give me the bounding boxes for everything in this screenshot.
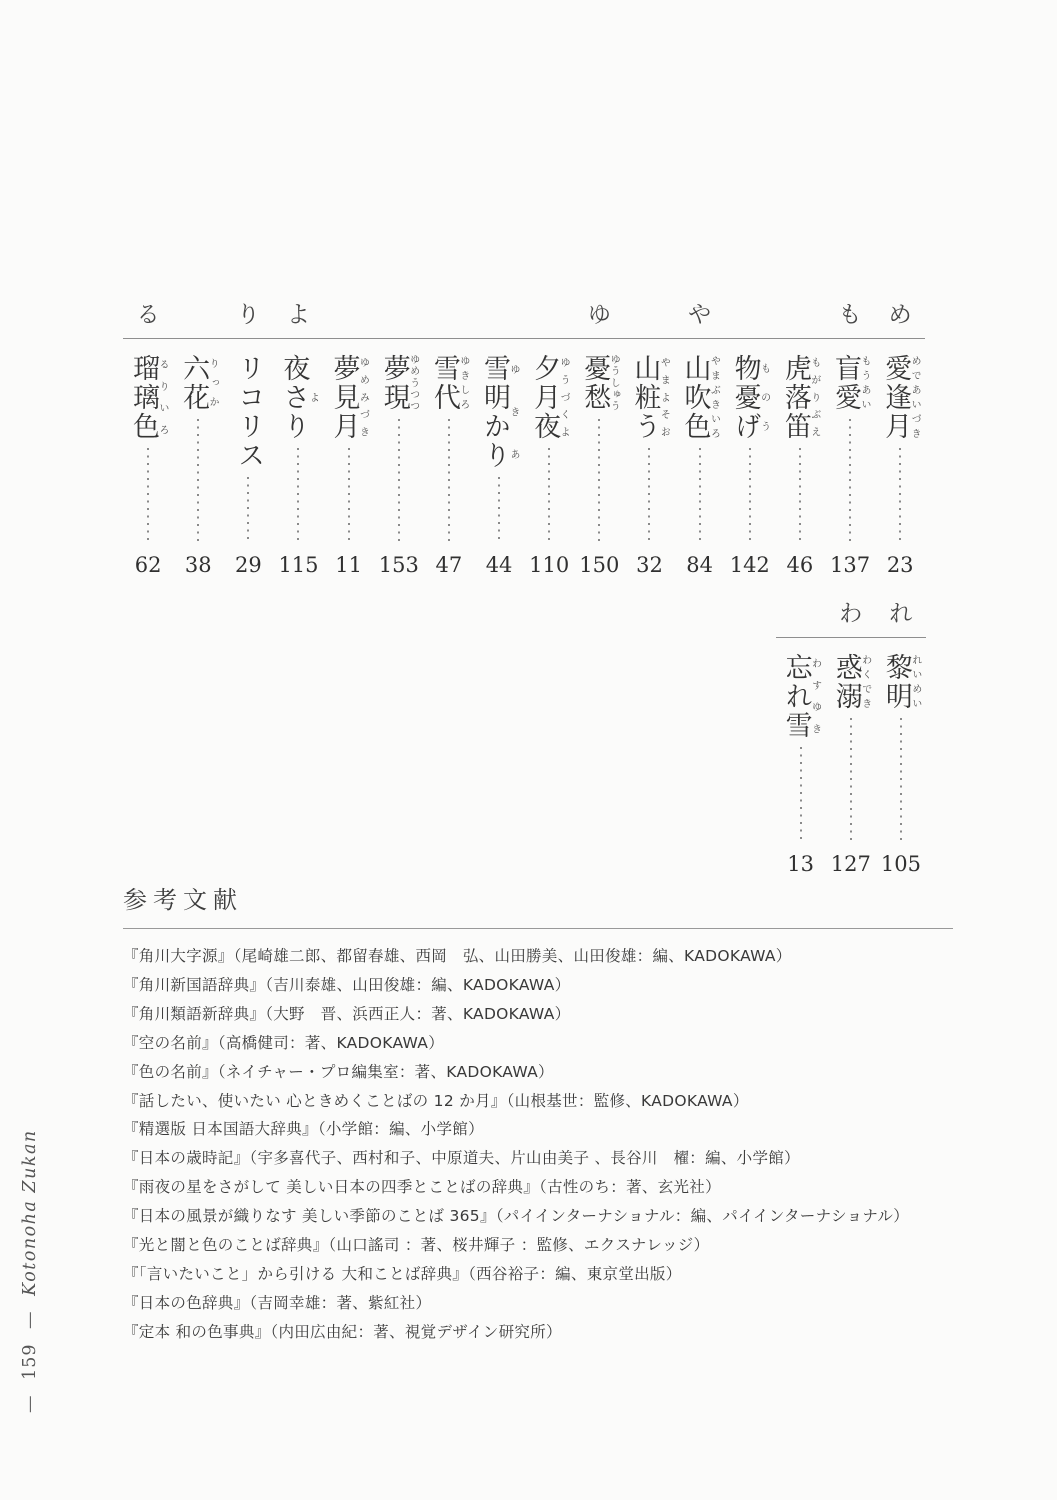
entry-reading: やまよそお [658,354,669,441]
dotted-leader [297,448,299,541]
kana-section-header: も [825,293,875,339]
reference-item: 『日本の風景が織りなす 美しい季節のことば 365』（パイインターナショナル：編… [123,1202,953,1231]
entry-page-number: 142 [730,555,770,576]
kana-section-header [424,293,474,339]
entry-word: 夕月夜ゆうづくよ [530,354,569,441]
reference-item: 『精選版 日本国語大辞典』（小学館：編、小学館） [123,1115,953,1144]
entry-word: 雪代ゆきしろ [429,354,468,412]
reference-item: 『角川新国語辞典』（吉川泰雄、山田俊雄：編、KADOKAWA） [123,971,953,1000]
entry-page-number: 11 [335,555,362,576]
entry-reading: めであいづき [909,354,920,441]
references-heading: 参考文献 [123,880,953,915]
entry-body: 惑溺わくでき [826,638,876,847]
references-section: 参考文献 『角川大字源』（尾崎雄二郎、都留春雄、西岡 弘、山田勝美、山田俊雄：編… [123,880,953,1347]
entry-body: 六花りっか [173,339,223,548]
entry-reading: わすゆき [810,653,821,740]
entry-reading: るりいろ [157,354,168,441]
index-entry: 虎落笛もがりぶえ 46 [775,293,825,576]
dotted-leader [849,419,851,541]
entry-page-number: 115 [278,555,318,576]
entry-word: 黎明れいめい [882,653,921,711]
page-footer: — 159 — Kotonoha Zukan [20,1129,40,1421]
entry-page-number: 23 [887,555,914,576]
index-entry: わ 惑溺わくでき 127 [826,602,876,875]
reference-item: 『色の名前』（ネイチャー・プロ編集室：著、KADOKAWA） [123,1058,953,1087]
entry-page-number: 44 [486,555,513,576]
entry-word: 惑溺わくでき [831,653,870,711]
entry-body: 山吹色やまぶきいろ [675,339,725,548]
entry-page-number: 105 [881,854,921,875]
kana-section-header: る [123,293,173,339]
index-entry: る 瑠璃色るりいろ 62 [123,293,173,576]
entry-body: 盲愛もうあい [825,339,875,548]
reference-item: 『角川類語新辞典』（大野 晋、浜西正人：著、KADOKAWA） [123,1000,953,1029]
entry-word: 虎落笛もがりぶえ [780,354,819,441]
entry-page-number: 84 [686,555,713,576]
entry-word: 六花りっか [179,354,218,412]
index-entry: 雪明かりゆきあ 44 [474,293,524,576]
entry-page-number: 110 [529,555,569,576]
kana-section-header [173,293,223,339]
entry-body: 山粧うやまよそお [624,339,674,548]
references-list: 『角川大字源』（尾崎雄二郎、都留春雄、西岡 弘、山田勝美、山田俊雄：編、KADO… [123,942,953,1347]
kana-section-header: ゆ [574,293,624,339]
index-entry: め 愛逢月めであいづき 23 [875,293,925,576]
reference-item: 『光と闇と色のことば辞典』（山口謠司 ：著、桜井輝子 ：監修、エクスナレッジ） [123,1231,953,1260]
kana-section-header: よ [273,293,323,339]
entry-word: 忘れ雪わすゆき [781,653,820,740]
dotted-leader [648,448,650,541]
index-entry: 物憂げものう 142 [725,293,775,576]
reference-item: 『定本 和の色事典』（内田広由紀：著、視覚デザイン研究所） [123,1318,953,1347]
index-entry: り リコリス 29 [223,293,273,576]
dotted-leader [548,448,550,541]
entry-word: リコリス [234,354,263,470]
entry-reading: ゆめうつつ [408,354,419,412]
entry-word: 山吹色やまぶきいろ [680,354,719,441]
dotted-leader [899,448,901,541]
kana-section-header [374,293,424,339]
entry-body: 憂愁ゆうしゅう [574,339,624,548]
index-entry: 山粧うやまよそお 32 [624,293,674,576]
entry-word: 物憂げものう [730,354,769,441]
dotted-leader [498,477,500,541]
entry-word: 夢現ゆめうつつ [379,354,418,412]
entry-body: 夕月夜ゆうづくよ [524,339,574,548]
kana-section-header [524,293,574,339]
entry-page-number: 127 [831,854,871,875]
references-header: 参考文献 [123,880,953,929]
entry-body: リコリス [223,339,273,548]
entry-body: 雪明かりゆきあ [474,339,524,548]
entry-page-number: 62 [135,555,162,576]
entry-body: 夢現ゆめうつつ [374,339,424,548]
index-entry: や 山吹色やまぶきいろ 84 [675,293,725,576]
divider-mark: — [20,1395,40,1414]
kana-section-header: め [875,293,925,339]
index-block-wa-re: 忘れ雪わすゆき 13 わ 惑溺わくでき 127 れ 黎明れいめい [123,602,926,875]
entry-reading: れいめい [910,653,921,711]
entry-page-number: 47 [436,555,463,576]
dotted-leader [197,419,199,541]
index-entry: 六花りっか 38 [173,293,223,576]
index-entry: 夢現ゆめうつつ 153 [374,293,424,576]
reference-item: 『日本の色辞典』（吉岡幸雄：著、紫紅社） [123,1289,953,1318]
dotted-leader [850,718,852,840]
kana-section-header: れ [876,602,926,638]
index-entry: 雪代ゆきしろ 47 [424,293,474,576]
dotted-leader [247,477,249,541]
index-entry: 夢見月ゆめみづき 11 [324,293,374,576]
entry-reading: ゆうしゅう [608,354,619,412]
word-index: る 瑠璃色るりいろ 62 六花りっか 38 り リコリス [123,293,926,875]
kana-section-header [324,293,374,339]
entry-body: 雪代ゆきしろ [424,339,474,548]
index-entry: 夕月夜ゆうづくよ 110 [524,293,574,576]
entry-reading: よ [307,354,318,441]
dotted-leader [448,419,450,541]
dotted-leader [800,747,802,840]
dotted-leader [699,448,701,541]
kana-section-header [776,602,826,638]
entry-reading: もがりぶえ [809,354,820,441]
entry-reading: りっか [207,354,218,412]
entry-body: 虎落笛もがりぶえ [775,339,825,548]
divider-mark: — [20,1310,40,1329]
reference-item: 『角川大字源』（尾崎雄二郎、都留春雄、西岡 弘、山田勝美、山田俊雄：編、KADO… [123,942,953,971]
kana-section-header [775,293,825,339]
dotted-leader [147,448,149,541]
entry-body: 夜さりよ [273,339,323,548]
reference-item: 『雨夜の星をさがして 美しい日本の四季とことばの辞典』（古性のち：著、玄光社） [123,1173,953,1202]
entry-word: 憂愁ゆうしゅう [580,354,619,412]
entry-word: 夢見月ゆめみづき [329,354,368,441]
entry-page-number: 38 [185,555,212,576]
entry-body: 愛逢月めであいづき [875,339,925,548]
index-entry: れ 黎明れいめい 105 [876,602,926,875]
reference-item: 『「言いたいこと」から引ける 大和ことば辞典』（西谷裕子：編、東京堂出版） [123,1260,953,1289]
dotted-leader [749,448,751,541]
entry-page-number: 46 [787,555,814,576]
book-title: Kotonoha Zukan [20,1129,40,1296]
dotted-leader [799,448,801,541]
dotted-leader [398,419,400,541]
entry-reading: ゆめみづき [358,354,369,441]
entry-page-number: 29 [235,555,262,576]
dotted-leader [900,718,902,840]
entry-body: 瑠璃色るりいろ [123,339,173,548]
entry-word: 盲愛もうあい [831,354,870,412]
entry-reading: わくでき [860,653,871,711]
entry-word: 夜さりよ [279,354,318,441]
reference-item: 『日本の歳時記』（宇多喜代子、西村和子、中原道夫、片山由美子 、長谷川 櫂：編、… [123,1144,953,1173]
reference-item: 『話したい、使いたい 心ときめくことばの 12 か月』（山根基世：監修、KADO… [123,1087,953,1116]
entry-word: 山粧うやまよそお [630,354,669,441]
entry-body: 黎明れいめい [876,638,926,847]
entry-page-number: 137 [830,555,870,576]
index-entry: 忘れ雪わすゆき 13 [776,602,826,875]
kana-section-header: わ [826,602,876,638]
kana-section-header: り [223,293,273,339]
entry-page-number: 153 [379,555,419,576]
entry-reading: ゆうづくよ [558,354,569,441]
page-number: 159 [20,1344,40,1380]
index-entry: ゆ 憂愁ゆうしゅう 150 [574,293,624,576]
entry-page-number: 32 [636,555,663,576]
entry-page-number: 13 [787,854,814,875]
kana-section-header [725,293,775,339]
entry-page-number: 150 [579,555,619,576]
index-entry: も 盲愛もうあい 137 [825,293,875,576]
index-entry: よ 夜さりよ 115 [273,293,323,576]
entry-body: 物憂げものう [725,339,775,548]
entry-reading: やまぶきいろ [709,354,720,441]
entry-word: 瑠璃色るりいろ [129,354,168,441]
dotted-leader [598,419,600,541]
entry-body: 忘れ雪わすゆき [776,638,826,847]
kana-section-header: や [675,293,725,339]
entry-reading: ゆきしろ [458,354,469,412]
index-block-main: る 瑠璃色るりいろ 62 六花りっか 38 り リコリス [123,293,926,576]
entry-word: 雪明かりゆきあ [480,354,519,470]
dotted-leader [348,448,350,541]
entry-body: 夢見月ゆめみづき [324,339,374,548]
entry-reading: もうあい [859,354,870,412]
entry-word: 愛逢月めであいづき [881,354,920,441]
reference-item: 『空の名前』（高橋健司：著、KADOKAWA） [123,1029,953,1058]
entry-reading: ゆきあ [508,354,519,470]
entry-reading: ものう [759,354,770,441]
kana-section-header [474,293,524,339]
kana-section-header [624,293,674,339]
